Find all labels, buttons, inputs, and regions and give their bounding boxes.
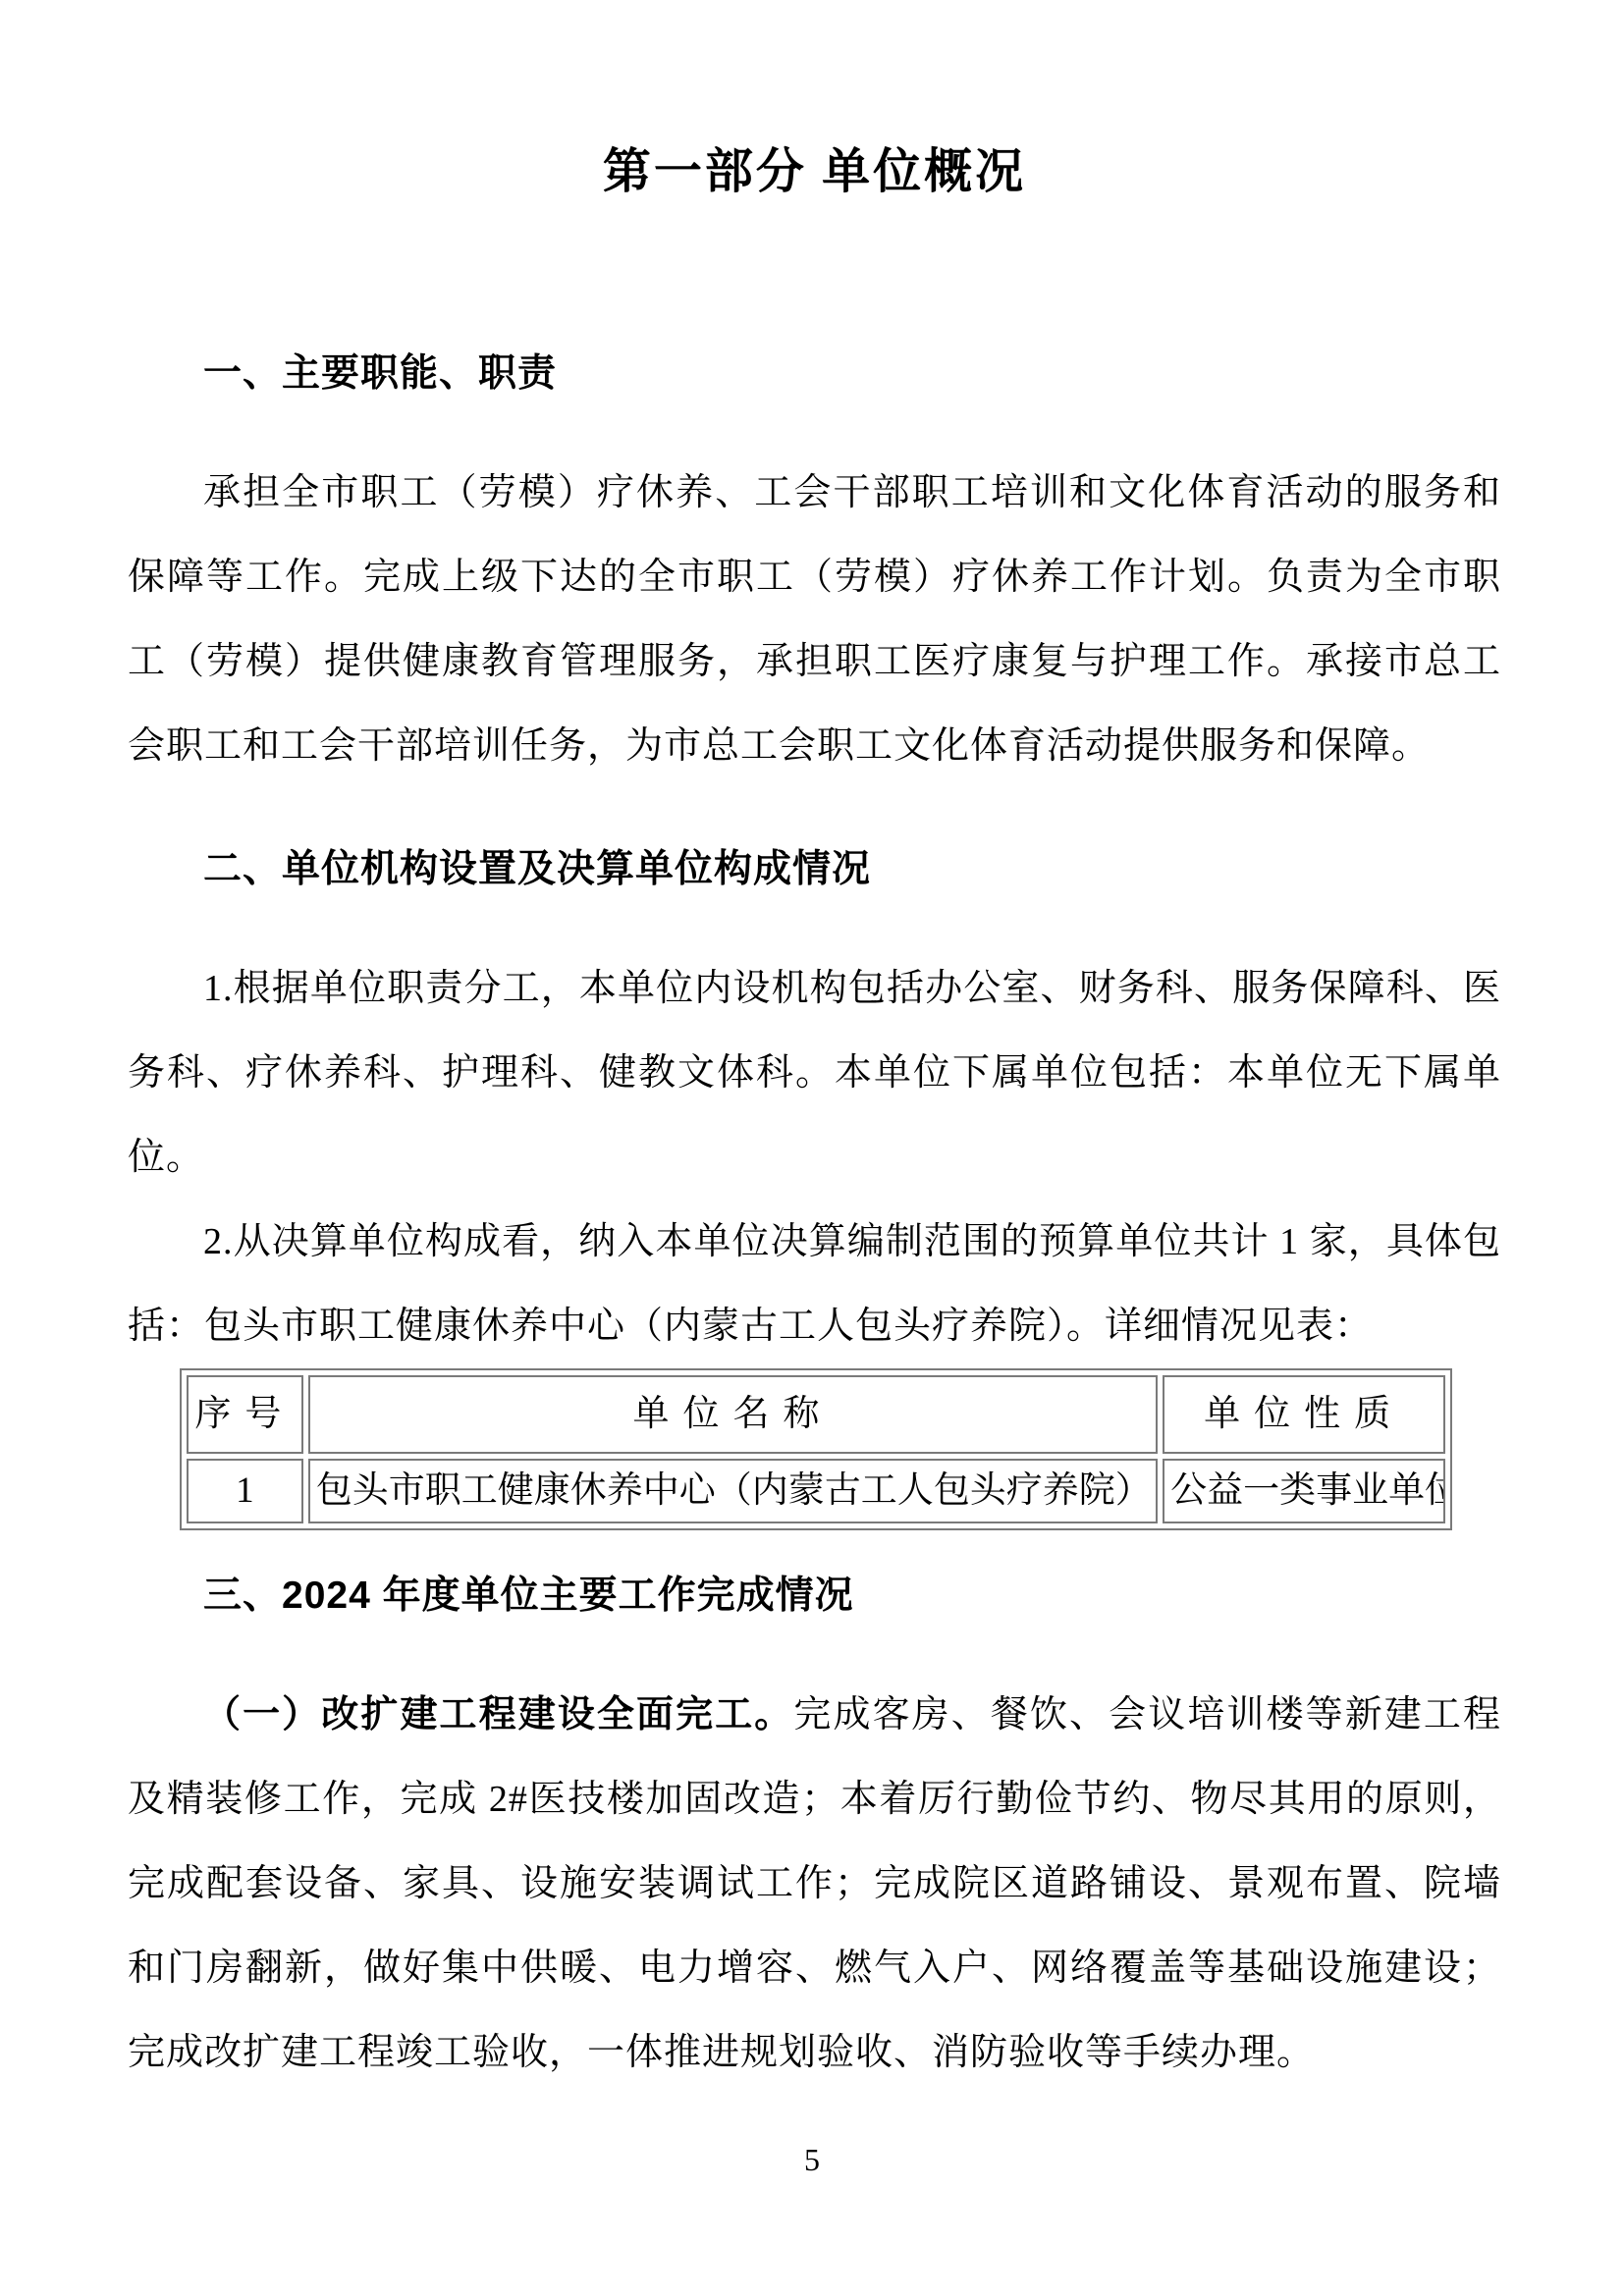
section-heading-2024-work: 三、2024 年度单位主要工作完成情况	[128, 1574, 1501, 1619]
table-cell-index: 1	[187, 1459, 303, 1523]
page-number: 5	[0, 2140, 1624, 2179]
table-row: 1 包头市职工健康休养中心（内蒙古工人包头疗养院） 公益一类事业单位	[187, 1459, 1445, 1523]
section-heading-org-structure: 二、单位机构设置及决算单位构成情况	[128, 847, 1501, 892]
paragraph-body-text: 完成客房、餐饮、会议培训楼等新建工程及精装修工作，完成 2#医技楼加固改造；本着…	[128, 1694, 1501, 2073]
section-heading-main-functions: 一、主要职能、职责	[128, 351, 1501, 397]
document-page: 第一部分 单位概况 一、主要职能、职责 承担全市职工（劳模）疗休养、工会干部职工…	[0, 0, 1624, 2296]
table-header-cell-unit-name: 单位名称	[308, 1375, 1158, 1454]
table-header-cell-index: 序号	[187, 1375, 303, 1454]
table-cell-unit-name: 包头市职工健康休养中心（内蒙古工人包头疗养院）	[308, 1459, 1158, 1523]
paragraph-main-functions: 承担全市职工（劳模）疗休养、工会干部职工培训和文化体育活动的服务和保障等工作。完…	[128, 451, 1501, 788]
table-header-cell-unit-type: 单位性质	[1163, 1375, 1445, 1454]
table-header-row: 序号 单位名称 单位性质	[187, 1375, 1445, 1454]
paragraph-lead-bold: （一）改扩建工程建设全面完工。	[203, 1694, 793, 1735]
paragraph-internal-departments: 1.根据单位职责分工，本单位内设机构包括办公室、财务科、服务保障科、医务科、疗休…	[128, 946, 1501, 1200]
document-title: 第一部分 单位概况	[128, 137, 1501, 206]
units-table: 序号 单位名称 单位性质 1 包头市职工健康休养中心（内蒙古工人包头疗养院） 公…	[180, 1368, 1452, 1530]
paragraph-budget-units: 2.从决算单位构成看，纳入本单位决算编制范围的预算单位共计 1 家，具体包括：包…	[128, 1200, 1501, 1368]
table-cell-unit-type: 公益一类事业单位	[1163, 1459, 1445, 1523]
paragraph-construction-work: （一）改扩建工程建设全面完工。完成客房、餐饮、会议培训楼等新建工程及精装修工作，…	[128, 1673, 1501, 2095]
